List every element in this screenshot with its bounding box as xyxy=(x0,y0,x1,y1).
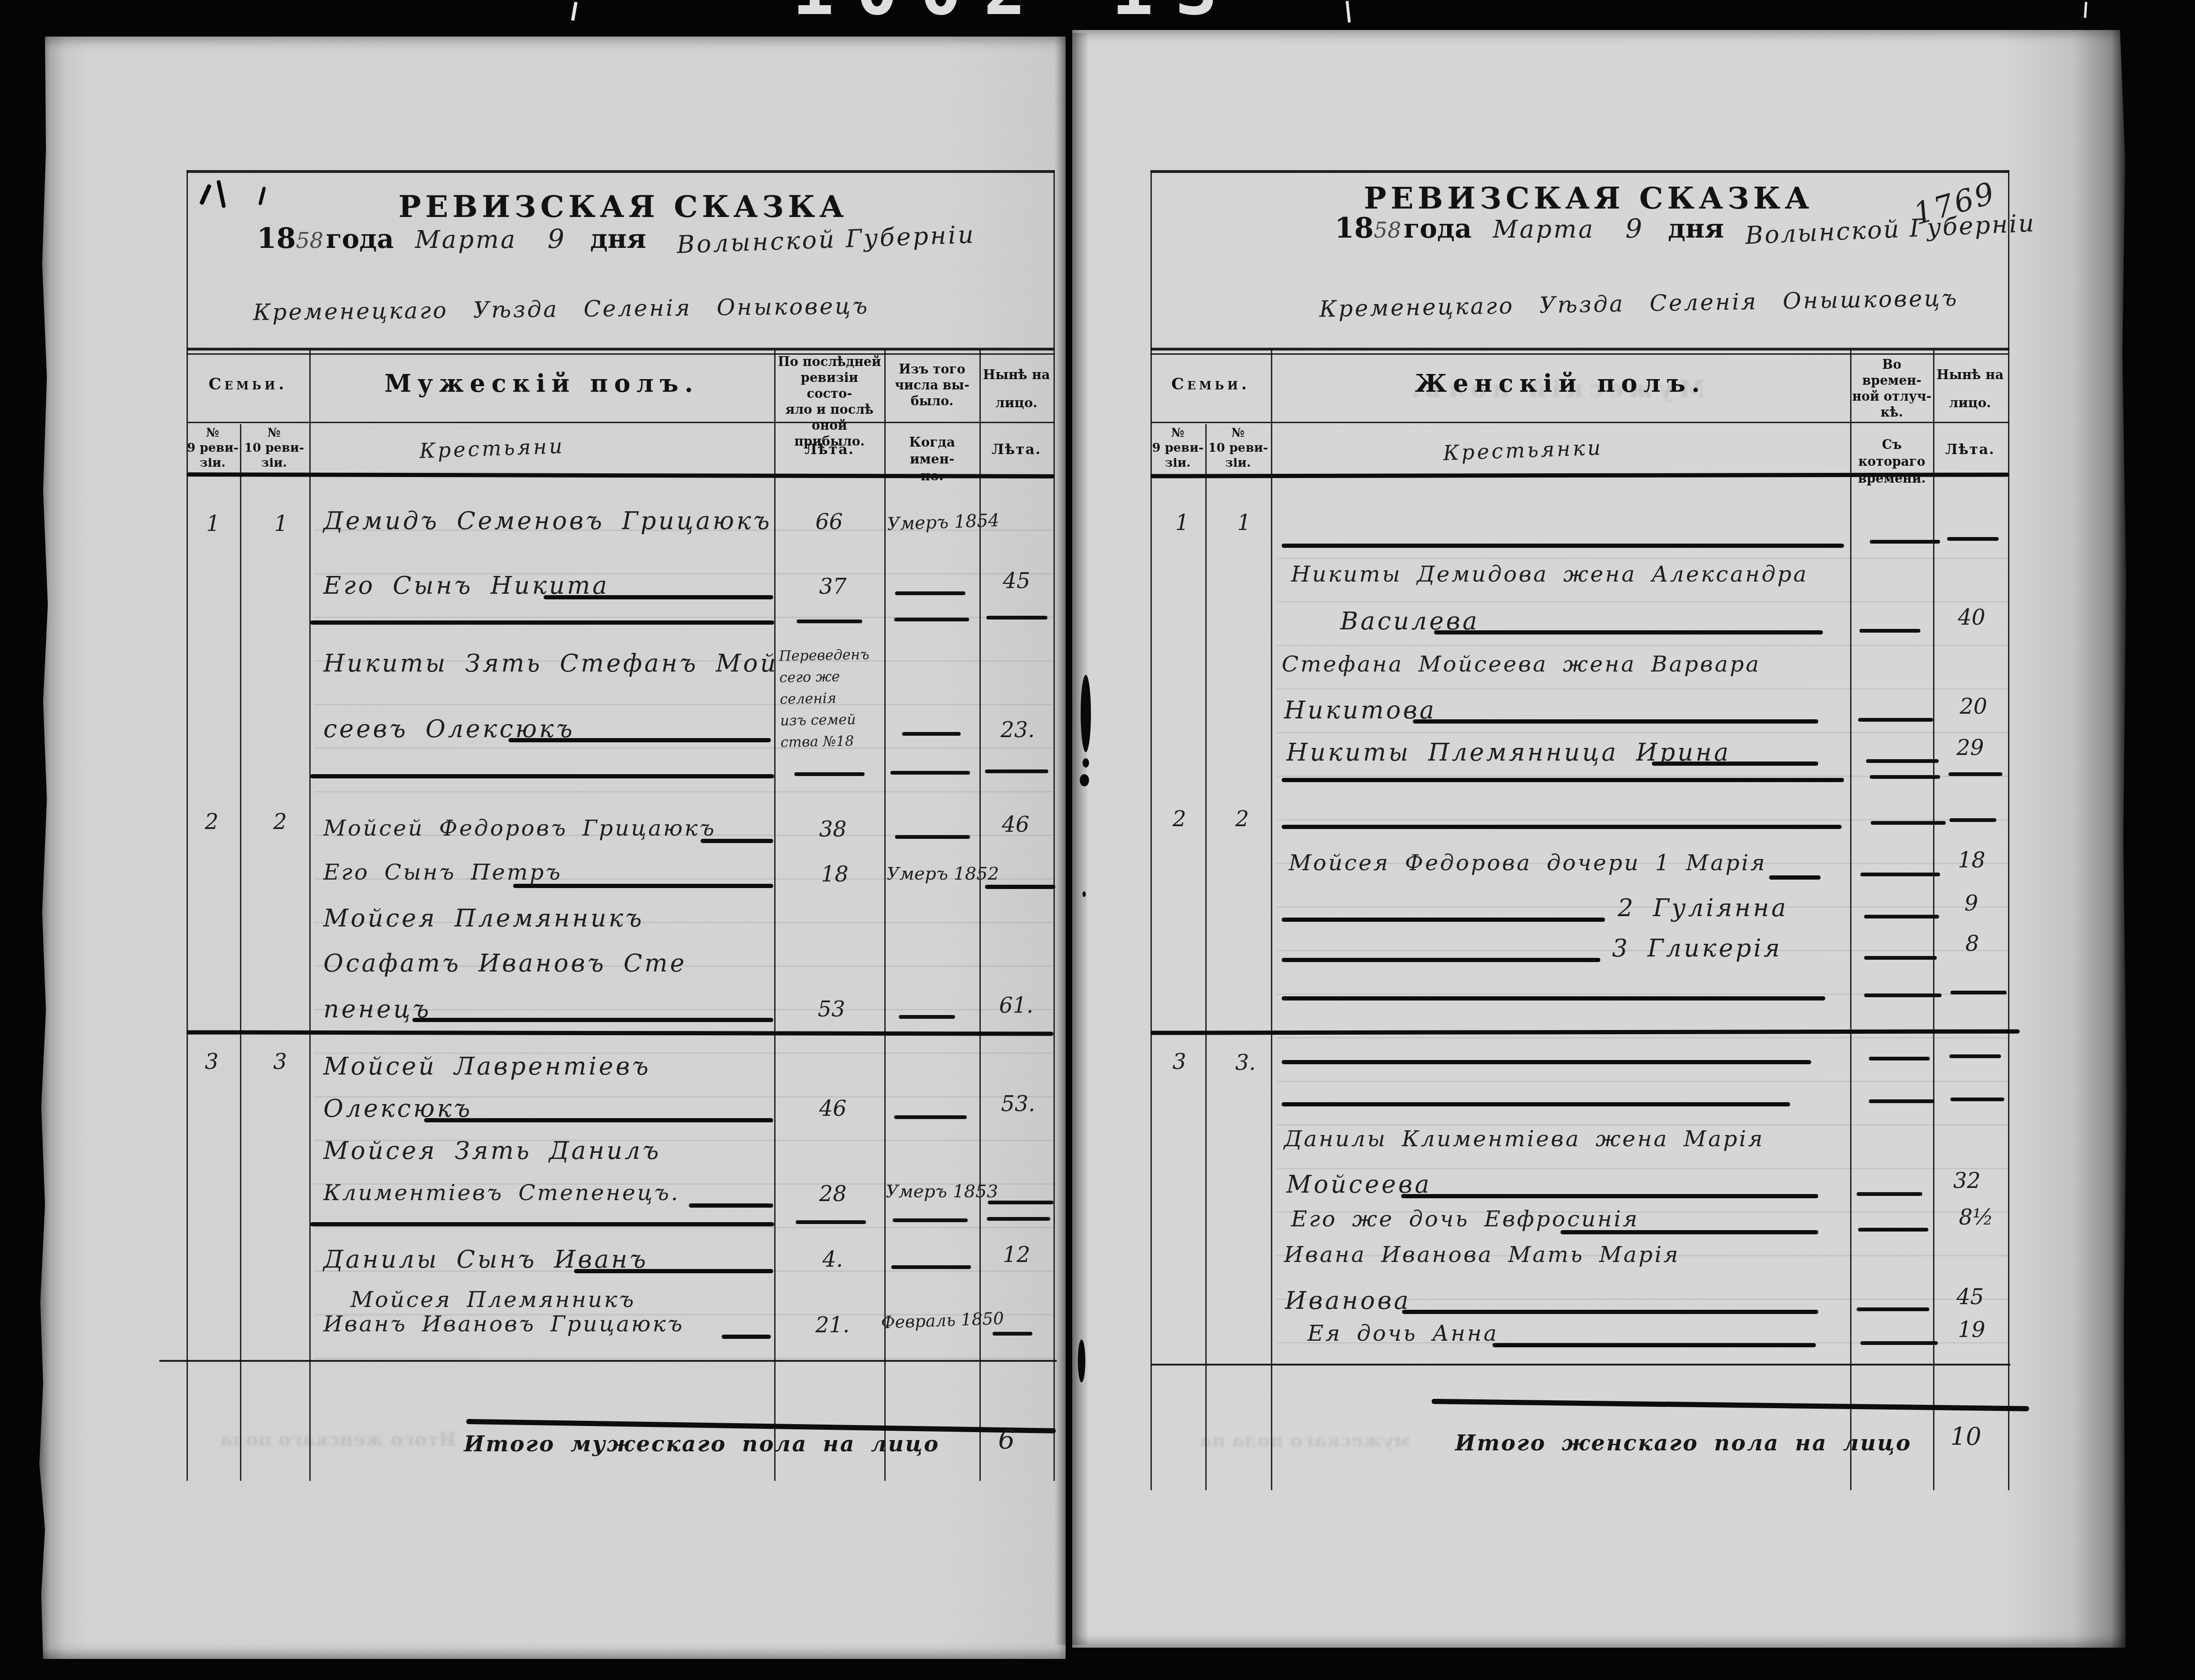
family-no-9rev: 2 xyxy=(205,809,218,834)
ink-dash xyxy=(987,1217,1050,1221)
col-header-years-prev: Лѣта. xyxy=(776,441,883,458)
ink-underline xyxy=(1434,630,1823,635)
word-goda: года xyxy=(1404,213,1471,244)
year-printed: 18 xyxy=(1335,212,1374,245)
ink-rule xyxy=(1282,778,1844,782)
family-no-10rev: 2 xyxy=(273,809,287,834)
record-name: Ея дочь Анна xyxy=(1307,1321,1499,1346)
record-now-age: 23. xyxy=(1000,717,1035,742)
ink-dash xyxy=(1866,759,1939,763)
table-border xyxy=(1150,170,2009,173)
col-header-prev-revision: По послѣдней ревизіи состо- яло и послѣ … xyxy=(776,354,883,450)
record-name: Его Сынъ Петръ xyxy=(323,859,562,885)
gutter-ink-blot xyxy=(1083,758,1089,768)
col-header-now-present: Нынѣ на лицо. xyxy=(1934,361,2006,417)
record-departed-note: Умеръ 1853 xyxy=(886,1181,998,1202)
record-now-age: 61. xyxy=(999,993,1033,1018)
col-header-now-present: Нынѣ на лицо. xyxy=(981,361,1052,417)
ink-dash xyxy=(1949,818,1996,822)
ink-dash xyxy=(1869,1057,1930,1060)
ink-dash xyxy=(1869,1099,1934,1103)
total-label: Итого женскаго пола на лицо xyxy=(1455,1430,1911,1456)
ink-dash xyxy=(902,732,961,736)
record-prev-age: 66 xyxy=(815,509,843,534)
family-no-10rev: 1 xyxy=(1237,510,1251,535)
ink-dash xyxy=(1950,991,2007,994)
ink-dash xyxy=(1950,1098,2004,1101)
ink-underline xyxy=(412,1018,773,1022)
book-gutter-shadow xyxy=(1054,33,1087,1645)
ink-underline xyxy=(574,1269,773,1273)
table-bottom-border xyxy=(1150,1364,2010,1366)
ink-dash xyxy=(1860,1341,1938,1345)
ink-dash xyxy=(988,1201,1053,1204)
ink-underline xyxy=(701,839,773,843)
column-line xyxy=(1850,349,1852,1490)
record-name: Стефана Мойсеева жена Варвара xyxy=(1282,651,1761,677)
record-prev-age: 28 xyxy=(819,1181,847,1206)
ink-underline xyxy=(1769,875,1821,880)
ink-dash xyxy=(1870,775,1940,779)
col-header-rev10: № 10 реви- зіи. xyxy=(240,426,308,470)
record-age: 9 xyxy=(1964,890,1978,916)
ink-dash xyxy=(993,1332,1032,1336)
table-border xyxy=(187,170,188,1481)
ink-dash xyxy=(899,1015,955,1019)
word-goda: года xyxy=(326,224,394,254)
ink-dash xyxy=(1864,956,1937,960)
ink-dash xyxy=(1858,718,1933,722)
record-now-age: 45 xyxy=(1003,568,1030,593)
record-name: Мойсей Лаврентіевъ xyxy=(323,1053,651,1081)
ink-underline xyxy=(424,1118,773,1122)
record-name: Осафатъ Ивановъ Сте xyxy=(323,949,687,978)
ink-underline xyxy=(1282,958,1600,962)
record-now-age: 12 xyxy=(1003,1242,1030,1267)
ink-underline xyxy=(513,884,773,888)
record-name: Мойсея Племянникъ xyxy=(351,1287,635,1313)
right-date-line: 1858 года Марта 9 дня Волынской Губерніи xyxy=(1335,212,2035,245)
record-age: 19 xyxy=(1958,1317,1986,1342)
record-now-age: 46 xyxy=(1002,812,1030,837)
record-departed-note: Умеръ 1854 xyxy=(887,510,1000,534)
record-name: Мойсея Зять Данилъ xyxy=(323,1137,661,1165)
ink-dash xyxy=(1859,629,1920,633)
scanned-revision-list-spread: 1002 13 РЕВИЗСКАЯ СКАЗКА 1858 года Марта… xyxy=(0,0,2195,1680)
ink-dash xyxy=(1864,993,1941,997)
day-handwritten: 9 xyxy=(547,224,564,254)
province-handwritten: Волынской Губерніи xyxy=(1745,209,2036,250)
gutter-ink-blot xyxy=(1080,774,1089,786)
film-tick-right xyxy=(1346,1,1351,22)
ink-rule xyxy=(1282,996,1825,1001)
record-name: Демидъ Семеновъ Грицаюкъ xyxy=(323,507,772,535)
ink-dash xyxy=(891,1265,971,1269)
ink-dash xyxy=(796,1220,866,1224)
bleed-through-text: Итого женскаго пола xyxy=(220,1428,456,1450)
ink-dash xyxy=(1871,821,1946,825)
table-rule xyxy=(187,348,1054,351)
right-page-title: РЕВИЗСКАЯ СКАЗКА xyxy=(1307,181,1870,216)
gutter-ink-blot xyxy=(1083,891,1086,897)
column-line xyxy=(884,349,886,1481)
col-header-rev9: № 9 реви- зіи. xyxy=(187,426,239,470)
record-prev-age: 4. xyxy=(822,1247,843,1272)
ink-underline xyxy=(1652,762,1818,766)
col-header-female-sex: Женскій полъ. xyxy=(1271,369,1850,398)
table-rule xyxy=(187,422,1054,423)
ink-underline xyxy=(544,595,773,599)
column-line xyxy=(309,349,311,1481)
ink-underline xyxy=(508,738,771,742)
table-border xyxy=(187,170,1054,173)
record-prev-age: 21. xyxy=(815,1312,850,1337)
ink-dash xyxy=(894,618,969,621)
ink-dash xyxy=(894,1115,967,1119)
record-departed-note: Умеръ 1852 xyxy=(887,863,999,884)
ink-underline xyxy=(1493,1343,1816,1347)
family-no-10rev: 2 xyxy=(1235,806,1249,831)
record-name: Климентіевъ Степенецъ. xyxy=(323,1180,680,1206)
ink-dash xyxy=(1860,873,1940,876)
record-prev-age: 38 xyxy=(819,816,847,842)
column-line xyxy=(1205,424,1207,1490)
ink-rule xyxy=(1282,1060,1811,1064)
table-border xyxy=(2008,170,2009,1490)
record-name: Иванова xyxy=(1285,1287,1411,1315)
table-rule xyxy=(1150,353,2009,355)
record-name: Иванъ Ивановъ Грицаюкъ xyxy=(323,1311,684,1337)
table-bottom-border xyxy=(159,1360,1057,1362)
ink-underline xyxy=(985,885,1055,889)
year-handwritten: 58 xyxy=(296,228,324,253)
col-header-years-now: Лѣта. xyxy=(981,441,1052,458)
bleed-through-text: мужескаго пола на xyxy=(1200,1429,1411,1451)
col-header-departed: Изъ того числа вы- было. xyxy=(886,362,978,410)
ink-dash xyxy=(895,591,965,595)
ink-rule xyxy=(310,774,774,778)
col-header-temporary-absence: Во времен- ной отлуч- кѣ. xyxy=(1852,357,1932,421)
film-tick-far-right xyxy=(2084,2,2087,18)
record-prev-age: 53 xyxy=(818,996,845,1022)
table-border xyxy=(1053,170,1055,1481)
record-transfer-note: Переведенъ сего же селенія изъ семей ств… xyxy=(779,644,886,754)
ink-dash xyxy=(890,771,970,775)
record-name: 3 Гликерія xyxy=(1612,934,1782,963)
record-age: 18 xyxy=(1958,847,1986,873)
word-dnya: дня xyxy=(590,224,646,254)
ink-dash xyxy=(895,835,970,839)
column-line xyxy=(1271,349,1272,1490)
province-handwritten: Волынской Губерніи xyxy=(676,221,976,259)
ink-dash xyxy=(794,772,865,776)
left-date-line: 1858 года Марта 9 дня Волынской Губерніи xyxy=(257,222,975,255)
record-name: Ивана Иванова Мать Марія xyxy=(1284,1242,1680,1268)
family-no-9rev: 2 xyxy=(1172,806,1186,831)
ink-dash xyxy=(797,620,862,623)
column-line xyxy=(1933,349,1934,1490)
record-name: Мойсея Племянникъ xyxy=(323,904,644,933)
column-line xyxy=(774,349,776,1481)
col-header-when-exactly: Когда имен- но. xyxy=(886,434,978,485)
table-rule xyxy=(1150,348,2009,351)
col-header-rev10: № 10 реви- зіи. xyxy=(1205,426,1271,470)
record-name: Мойсей Федоровъ Грицаюкъ xyxy=(323,815,716,841)
word-dnya: дня xyxy=(1668,213,1724,244)
family-no-9rev: 3 xyxy=(205,1049,218,1074)
record-age: 29 xyxy=(1956,735,1984,760)
record-prev-age: 18 xyxy=(821,861,849,887)
film-counter-digits: 1002 13 xyxy=(792,0,1239,23)
record-name: 2 Гуліянна xyxy=(1618,894,1788,922)
ink-dash xyxy=(985,769,1048,773)
record-age: 45 xyxy=(1956,1284,1984,1309)
family-no-10rev: 3. xyxy=(1235,1050,1256,1075)
ink-rule xyxy=(1282,1102,1790,1106)
family-no-9rev: 1 xyxy=(1175,510,1189,535)
ink-underline xyxy=(689,1203,773,1208)
total-label: Итого мужескаго пола на лицо xyxy=(464,1431,940,1456)
col-header-since-when: Съ котораго времени. xyxy=(1851,437,1933,487)
ink-rule xyxy=(310,620,774,625)
ink-underline xyxy=(722,1335,771,1339)
year-printed: 18 xyxy=(257,222,296,255)
month-handwritten: Марта xyxy=(1493,216,1595,244)
ink-dash xyxy=(986,616,1047,620)
record-prev-age: 37 xyxy=(819,574,847,599)
col-header-years: Лѣта. xyxy=(1934,441,2006,458)
family-no-9rev: 1 xyxy=(206,511,220,536)
record-name: Данилы Климентіева жена Марія xyxy=(1284,1126,1764,1152)
ink-rule xyxy=(310,1222,774,1226)
total-value: 10 xyxy=(1950,1423,1981,1451)
record-age: 20 xyxy=(1960,694,1987,719)
day-handwritten: 9 xyxy=(1625,214,1642,244)
ink-underline xyxy=(1402,1310,1818,1314)
record-age: 8 xyxy=(1965,931,1979,956)
col-header-male-sex: Мужескій полъ. xyxy=(309,369,774,398)
record-age: 32 xyxy=(1953,1168,1981,1193)
ink-dash xyxy=(1864,915,1939,918)
ink-dash xyxy=(1949,1054,2001,1058)
table-border xyxy=(1150,170,1152,1490)
ink-dash xyxy=(1949,772,2002,776)
ink-underline xyxy=(1401,1194,1818,1198)
record-name: Никиты Демидова жена Александра xyxy=(1291,561,1808,587)
ink-dash xyxy=(1857,1307,1929,1311)
ink-dash xyxy=(1870,540,1940,544)
record-name: Никиты Зять Стефанъ Мой xyxy=(323,650,778,678)
film-tick-left xyxy=(571,2,578,21)
record-age: 40 xyxy=(1958,605,1986,630)
ink-dash xyxy=(1947,537,1999,541)
film-counter: 1002 13 xyxy=(792,0,1275,23)
family-no-10rev: 3 xyxy=(273,1049,287,1074)
col-header-family: Семьи. xyxy=(1150,375,1271,394)
ink-underline xyxy=(1560,1230,1818,1234)
ink-rule xyxy=(1282,544,1844,548)
family-no-9rev: 3 xyxy=(1172,1049,1186,1074)
gutter-ink-blot xyxy=(1078,1339,1085,1382)
record-name: Его же дочь Евфросинія xyxy=(1291,1206,1639,1232)
left-page-title: РЕВИЗСКАЯ СКАЗКА xyxy=(342,189,904,224)
column-line xyxy=(240,424,241,1481)
year-handwritten: 58 xyxy=(1374,217,1402,243)
gutter-ink-blot xyxy=(1081,675,1091,752)
table-rule xyxy=(1150,422,2009,423)
record-age: 8½ xyxy=(1959,1204,1993,1230)
col-header-family: Семьи. xyxy=(187,375,309,394)
record-name: Мойсея Федорова дочери 1 Марія xyxy=(1289,850,1767,876)
ink-underline xyxy=(1413,719,1818,724)
ink-rule xyxy=(1282,825,1842,829)
ink-dash xyxy=(893,1218,968,1222)
family-no-10rev: 1 xyxy=(274,511,288,536)
col-header-rev9: № 9 реви- зіи. xyxy=(1150,426,1205,470)
total-value: 6 xyxy=(998,1425,1015,1455)
record-now-age: 53. xyxy=(1001,1091,1035,1116)
month-handwritten: Марта xyxy=(415,226,517,254)
record-prev-age: 46 xyxy=(819,1096,847,1121)
ink-underline xyxy=(1282,918,1605,922)
ink-dash xyxy=(1858,1228,1928,1232)
ink-dash xyxy=(1857,1192,1922,1196)
table-rule xyxy=(187,353,1054,355)
